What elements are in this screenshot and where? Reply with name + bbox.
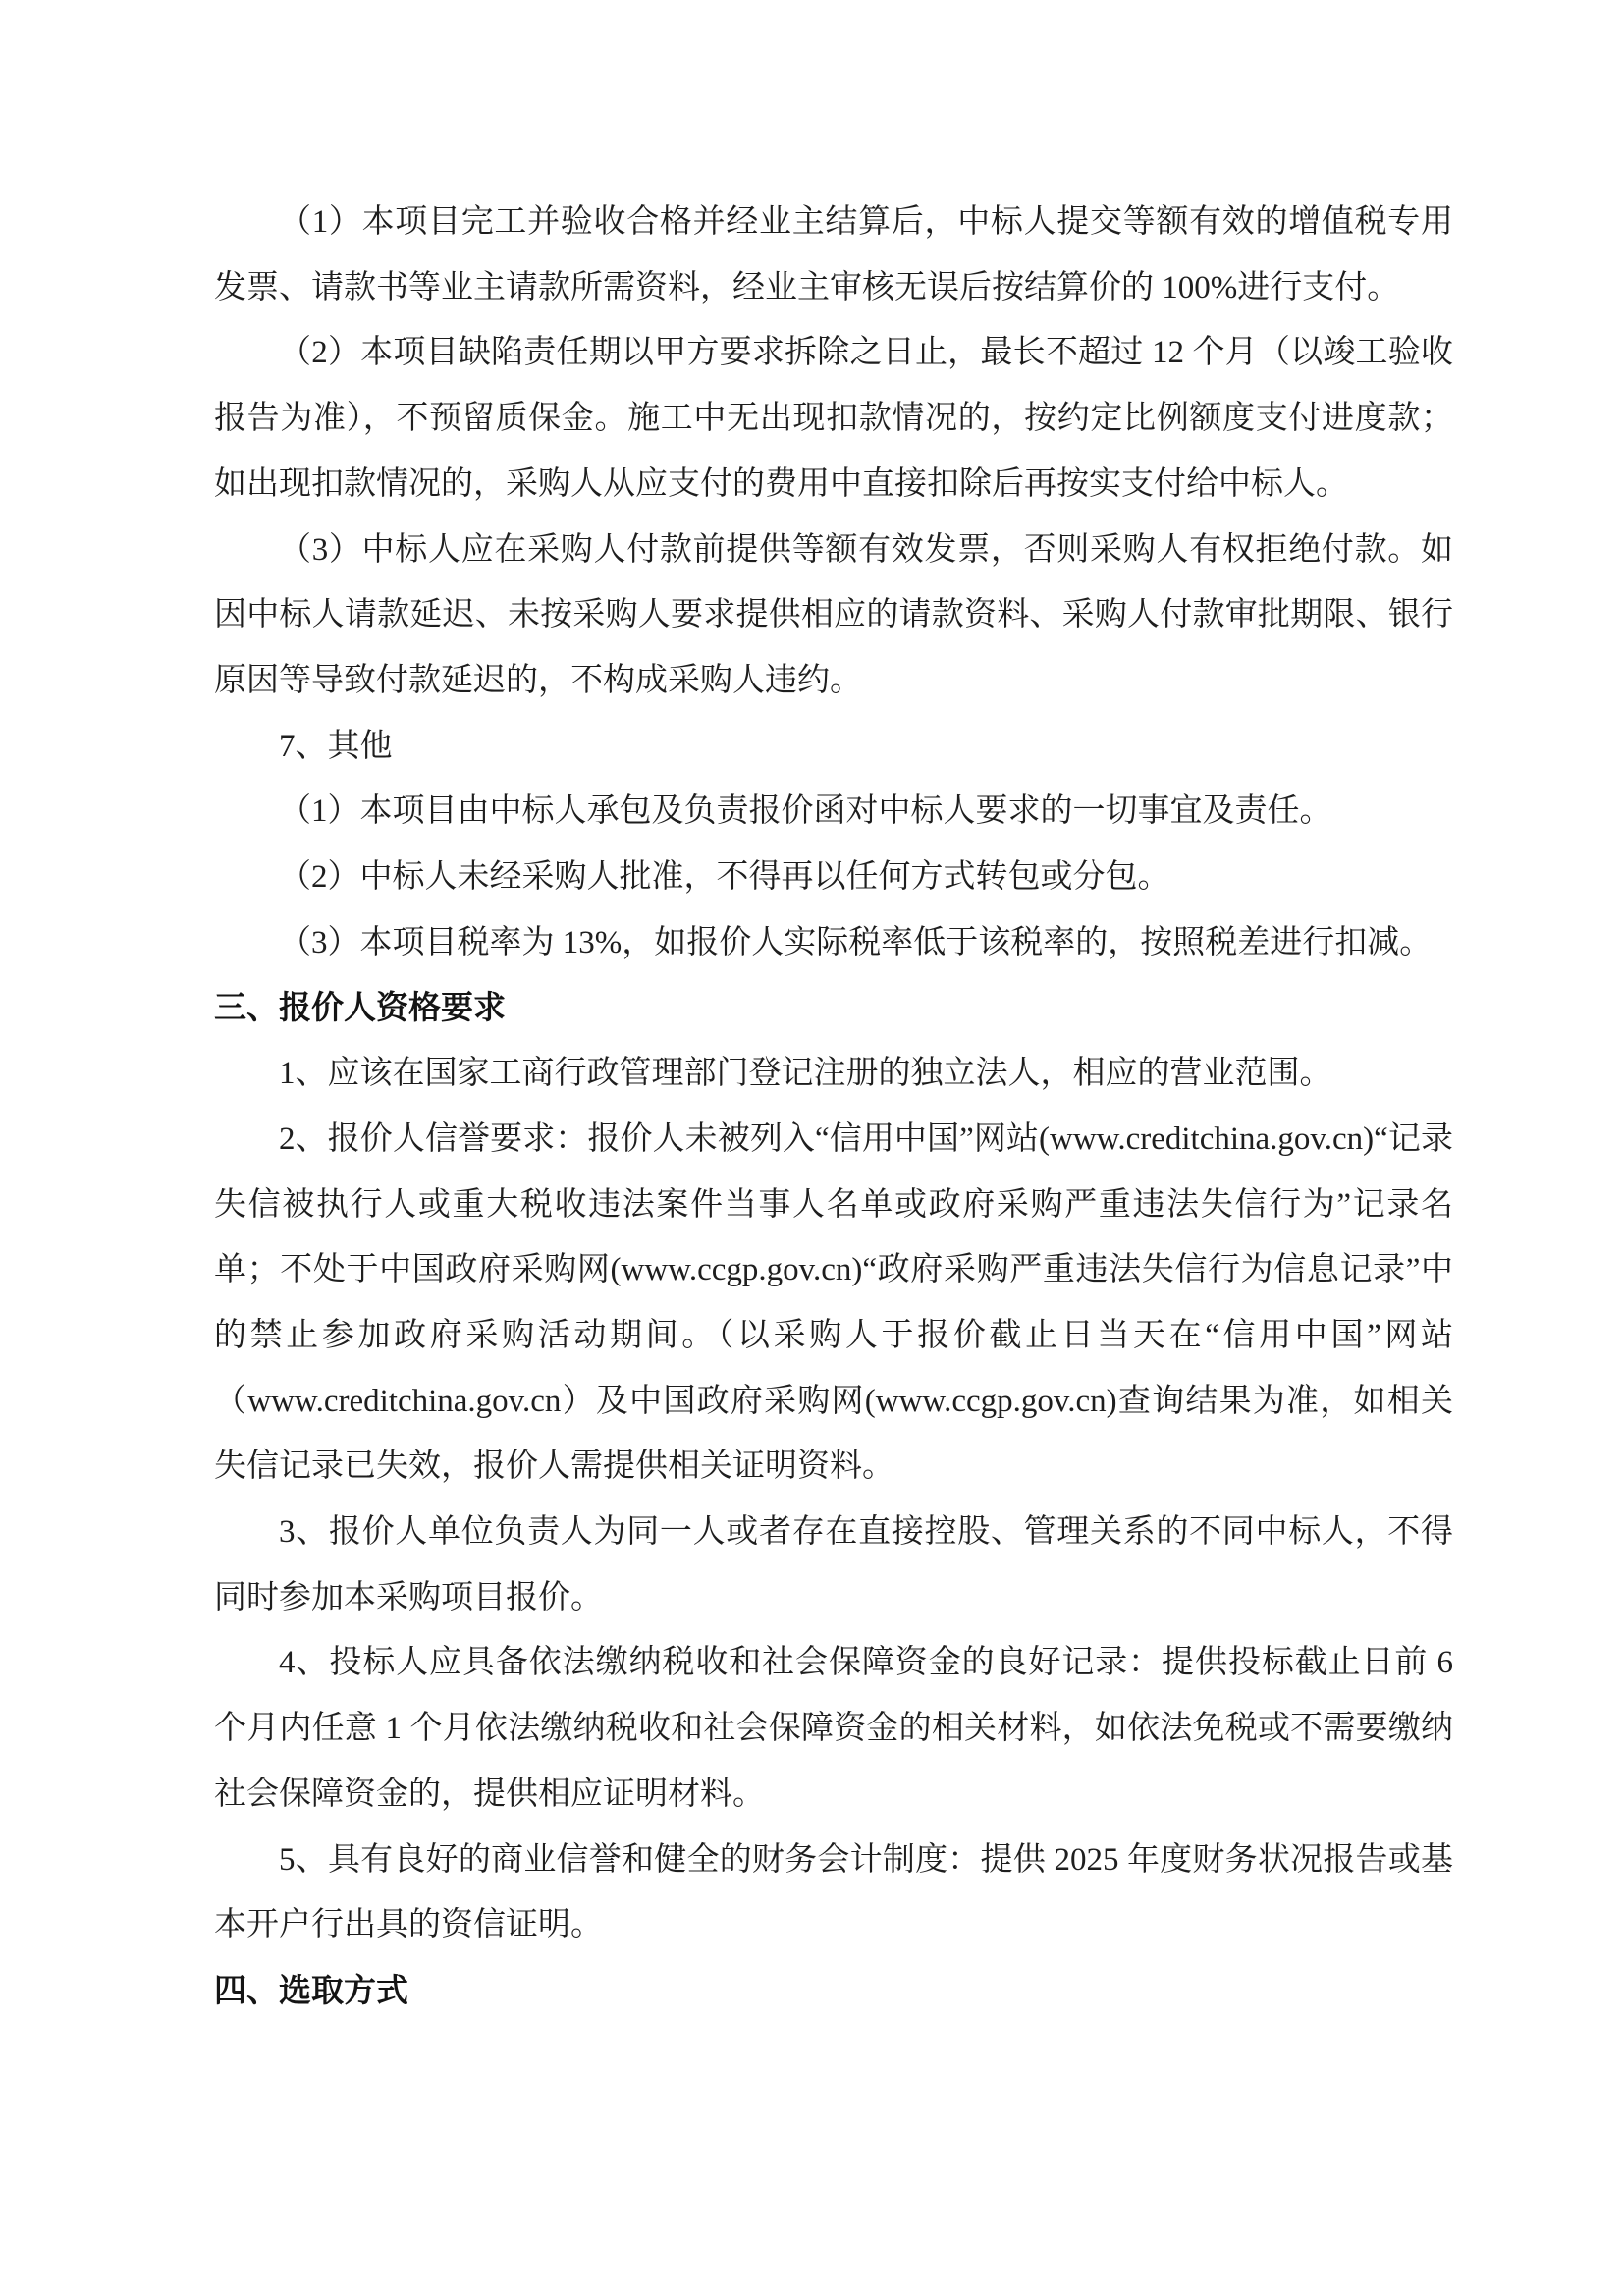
section-heading-qualification: 三、报价人资格要求 — [214, 975, 1453, 1041]
paragraph-payment-2: （2）本项目缺陷责任期以甲方要求拆除之日止，最长不超过 12 个月（以竣工验收报… — [214, 320, 1453, 517]
document-body: （1）本项目完工并验收合格并经业主结算后，中标人提交等额有效的增值税专用发票、请… — [214, 190, 1453, 2024]
paragraph-qualification-4: 4、投标人应具备依法缴纳税收和社会保障资金的良好记录：提供投标截止日前 6 个月… — [214, 1630, 1453, 1827]
section-heading-selection-method: 四、选取方式 — [214, 1958, 1453, 2024]
paragraph-item-7-other: 7、其他 — [214, 714, 1453, 780]
paragraph-other-3: （3）本项目税率为 13%，如报价人实际税率低于该税率的，按照税差进行扣减。 — [214, 910, 1453, 976]
paragraph-other-2: （2）中标人未经采购人批准，不得再以任何方式转包或分包。 — [214, 845, 1453, 910]
paragraph-payment-1: （1）本项目完工并验收合格并经业主结算后，中标人提交等额有效的增值税专用发票、请… — [214, 190, 1453, 320]
paragraph-qualification-1: 1、应该在国家工商行政管理部门登记注册的独立法人，相应的营业范围。 — [214, 1041, 1453, 1107]
paragraph-other-1: （1）本项目由中标人承包及负责报价函对中标人要求的一切事宜及责任。 — [214, 779, 1453, 845]
paragraph-payment-3: （3）中标人应在采购人付款前提供等额有效发票，否则采购人有权拒绝付款。如因中标人… — [214, 518, 1453, 714]
paragraph-qualification-3: 3、报价人单位负责人为同一人或者存在直接控股、管理关系的不同中标人，不得同时参加… — [214, 1500, 1453, 1630]
paragraph-qualification-5: 5、具有良好的商业信誉和健全的财务会计制度：提供 2025 年度财务状况报告或基… — [214, 1828, 1453, 1958]
document-page: （1）本项目完工并验收合格并经业主结算后，中标人提交等额有效的增值税专用发票、请… — [0, 0, 1624, 2296]
paragraph-qualification-2: 2、报价人信誉要求：报价人未被列入“信用中国”网站(www.creditchin… — [214, 1107, 1453, 1500]
